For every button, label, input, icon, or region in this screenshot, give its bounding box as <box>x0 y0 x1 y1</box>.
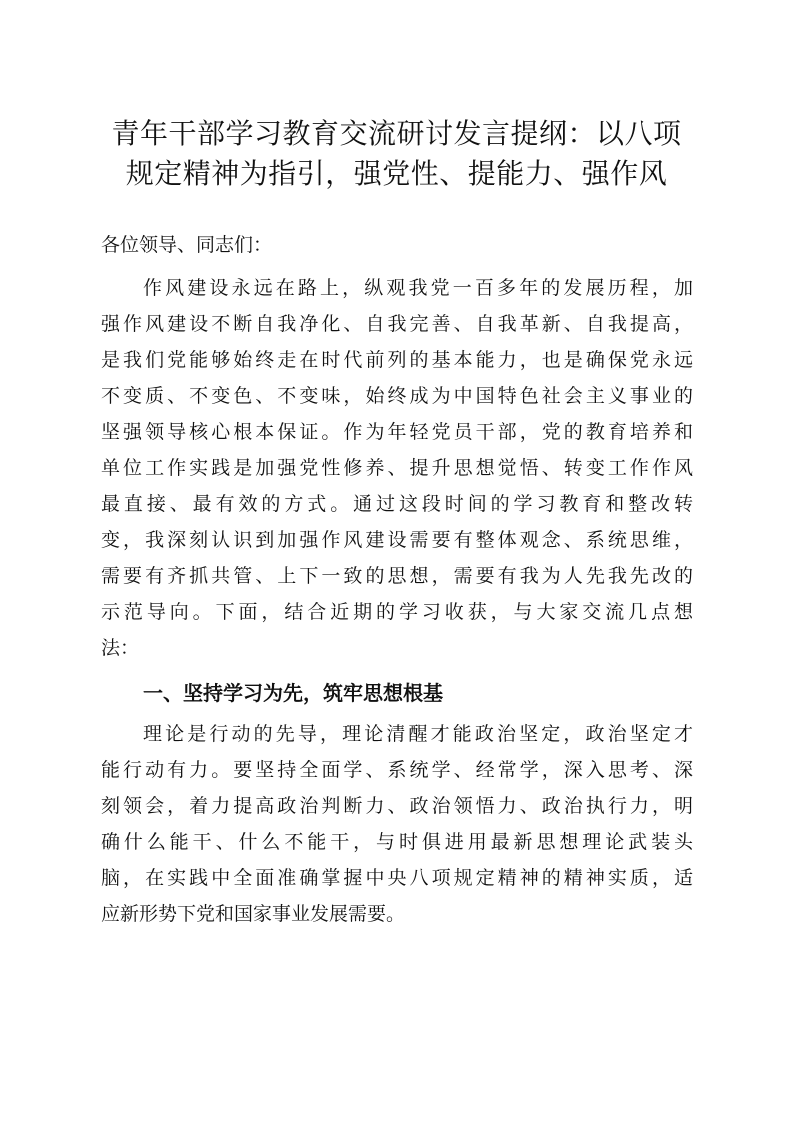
intro-line: 法： <box>101 630 693 666</box>
intro-line: 是我们党能够始终走在时代前列的基本能力，也是确保党永远 <box>101 342 693 378</box>
intro-line: 需要有齐抓共管、上下一致的思想，需要有我为人先我先改的 <box>101 558 693 594</box>
section1-line: 能行动有力。要坚持全面学、系统学、经常学，深入思考、深 <box>101 752 693 788</box>
document-title: 青年干部学习教育交流研讨发言提纲：以八项 规定精神为指引，强党性、提能力、强作风 <box>95 114 698 194</box>
section-heading-1: 一、坚持学习为先，筑牢思想根基 <box>143 675 443 711</box>
title-line-1: 青年干部学习教育交流研讨发言提纲：以八项 <box>95 114 698 154</box>
salutation: 各位领导、同志们： <box>101 227 693 263</box>
intro-line: 变，我深刻认识到加强作风建设需要有整体观念、系统思维， <box>101 522 693 558</box>
intro-line: 最直接、最有效的方式。通过这段时间的学习教育和整改转 <box>101 486 693 522</box>
title-line-2: 规定精神为指引，强党性、提能力、强作风 <box>95 154 698 194</box>
section1-line: 应新形势下党和国家事业发展需要。 <box>101 896 693 932</box>
intro-line: 示范导向。下面，结合近期的学习收获，与大家交流几点想 <box>101 594 693 630</box>
intro-line: 坚强领导核心根本保证。作为年轻党员干部，党的教育培养和 <box>101 414 693 450</box>
intro-line: 作风建设永远在路上，纵观我党一百多年的发展历程，加 <box>143 270 693 306</box>
section1-line: 脑，在实践中全面准确掌握中央八项规定精神的精神实质，适 <box>101 860 693 896</box>
intro-line: 不变质、不变色、不变味，始终成为中国特色社会主义事业的 <box>101 378 693 414</box>
intro-line: 单位工作实践是加强党性修养、提升思想觉悟、转变工作作风 <box>101 450 693 486</box>
section1-line: 刻领会，着力提高政治判断力、政治领悟力、政治执行力，明 <box>101 788 693 824</box>
document-page: 青年干部学习教育交流研讨发言提纲：以八项 规定精神为指引，强党性、提能力、强作风… <box>0 0 793 1122</box>
section1-line: 理论是行动的先导，理论清醒才能政治坚定，政治坚定才 <box>143 716 693 752</box>
section1-line: 确什么能干、什么不能干，与时俱进用最新思想理论武装头 <box>101 824 693 860</box>
intro-line: 强作风建设不断自我净化、自我完善、自我革新、自我提高， <box>101 306 693 342</box>
